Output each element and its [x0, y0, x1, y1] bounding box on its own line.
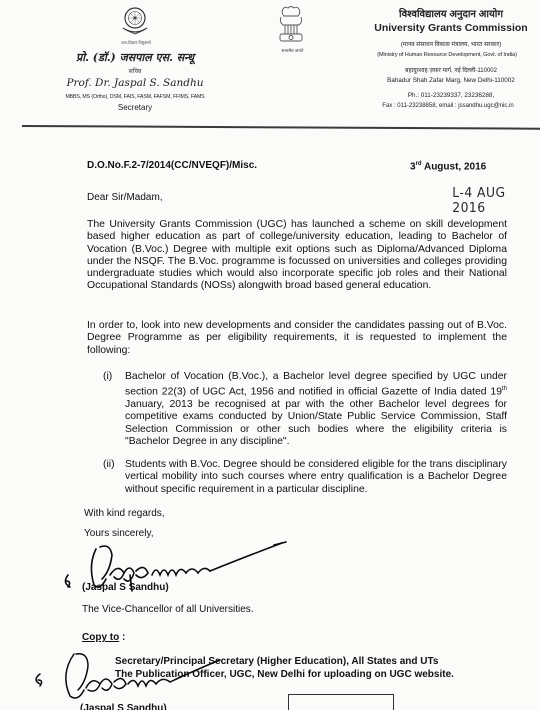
signature-icon	[30, 650, 260, 710]
secretary-designation: Secretary	[60, 103, 210, 112]
list-item: Students with B.Voc. Degree should be co…	[125, 459, 507, 496]
copy-to-label: Copy to	[82, 632, 119, 643]
item-text-b: January, 2013 be recognised at par with …	[125, 399, 507, 447]
ashoka-emblem-icon	[277, 5, 305, 45]
copy-to-colon: :	[119, 632, 125, 643]
item-number: (ii)	[103, 459, 115, 470]
salutation: Dear Sir/Madam,	[87, 192, 163, 203]
secretary-qualifications: MBBS, MS (Ortho), DSM, FAIS, FASM, FAFSM…	[30, 94, 240, 100]
ministry-hindi: (मानव संसाधन विकास मंत्रालय, भारत सरकार)	[362, 40, 540, 48]
phone-numbers: Ph.: 011-23239337, 23236288,	[362, 92, 540, 99]
list-item: Bachelor of Vocation (B.Voc.), a Bachelo…	[125, 371, 507, 448]
org-name-english: University Grants Commission	[362, 22, 540, 34]
signatory-name: (Jaspal S Sandhu)	[82, 582, 169, 593]
reference-number: D.O.No.F.2-7/2014(CC/NVEQF)/Misc.	[87, 160, 257, 171]
paragraph-1: The University Grants Commission (UGC) h…	[87, 219, 507, 293]
paragraph-2: In order to, look into new developments …	[87, 320, 507, 357]
item-number: (i)	[103, 371, 112, 382]
signatory-name-2: (Jaspal S Sandhu)	[80, 703, 167, 710]
secretary-name-english: Prof. Dr. Jaspal S. Sandhu	[60, 77, 210, 89]
item-text-a: Bachelor of Vocation (B.Voc.), a Bachelo…	[125, 371, 507, 398]
secretary-title-hindi: सचिव	[60, 67, 210, 75]
item-text-sup: th	[502, 386, 507, 392]
date-rest: August, 2016	[422, 161, 487, 172]
ashoka-motto: सत्यमेव जयते	[270, 48, 315, 54]
received-date-stamp: L-4 AUG 2016	[452, 186, 538, 216]
closing: With kind regards,	[84, 508, 165, 519]
address-english: Bahadur Shah Zafar Marg, New Delhi-11000…	[362, 77, 540, 84]
addressee: The Vice-Chancellor of all Universities.	[82, 604, 254, 615]
address-hindi: बहादुरशाह ज़फ़र मार्ग, नई दिल्ली-110002	[362, 66, 540, 74]
letter-date: 3rd August, 2016	[410, 161, 486, 172]
ugc-emblem-icon	[118, 4, 152, 38]
letterhead-divider	[22, 125, 540, 130]
ministry-english: (Ministry of Human Resource Development,…	[354, 52, 540, 58]
org-name-hindi: विश्वविद्यालय अनुदान आयोग	[362, 6, 540, 20]
ugc-motto: ज्ञान-विज्ञान विमुक्तये	[116, 40, 156, 46]
fax-email: Fax : 011-23238858, email : jssandhu.ugc…	[356, 103, 540, 109]
office-stamp-box	[288, 694, 394, 710]
copy-to-heading: Copy to :	[82, 632, 125, 643]
secretary-name-hindi: प्रो. (डॉ.) जसपाल एस. सन्धू	[60, 50, 210, 65]
